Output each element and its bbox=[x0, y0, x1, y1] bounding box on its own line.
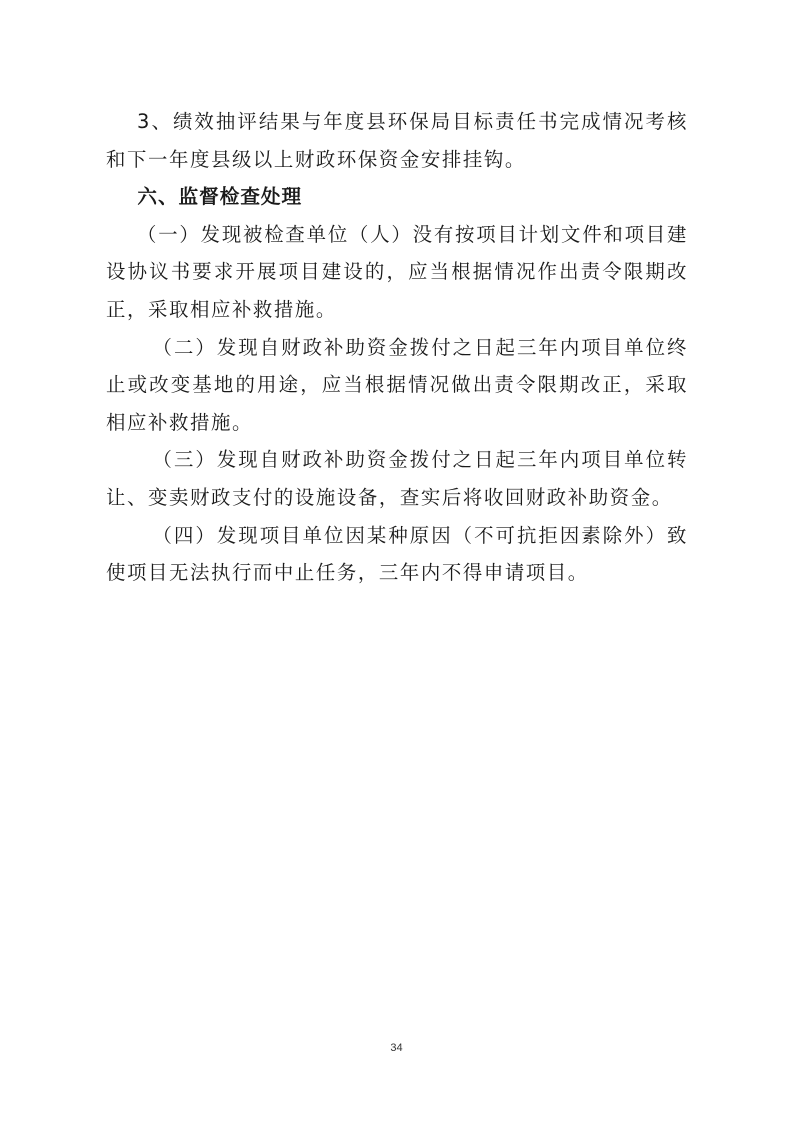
document-body: 3、绩效抽评结果与年度县环保局目标责任书完成情况考核和下一年度县级以上财政环保资… bbox=[106, 103, 688, 592]
document-page: 3、绩效抽评结果与年度县环保局目标责任书完成情况考核和下一年度县级以上财政环保资… bbox=[0, 0, 793, 1122]
paragraph-performance-linkage: 3、绩效抽评结果与年度县环保局目标责任书完成情况考核和下一年度县级以上财政环保资… bbox=[106, 103, 688, 178]
section-heading-supervision: 六、监督检查处理 bbox=[106, 178, 688, 216]
paragraph-item-4: （四）发现项目单位因某种原因（不可抗拒因素除外）致使项目无法执行而中止任务，三年… bbox=[106, 517, 688, 592]
page-number: 34 bbox=[0, 1042, 793, 1054]
paragraph-item-1: （一）发现被检查单位（人）没有按项目计划文件和项目建设协议书要求开展项目建设的，… bbox=[106, 216, 688, 329]
paragraph-item-2: （二）发现自财政补助资金拨付之日起三年内项目单位终止或改变基地的用途，应当根据情… bbox=[106, 329, 688, 442]
paragraph-item-3: （三）发现自财政补助资金拨付之日起三年内项目单位转让、变卖财政支付的设施设备，查… bbox=[106, 441, 688, 516]
